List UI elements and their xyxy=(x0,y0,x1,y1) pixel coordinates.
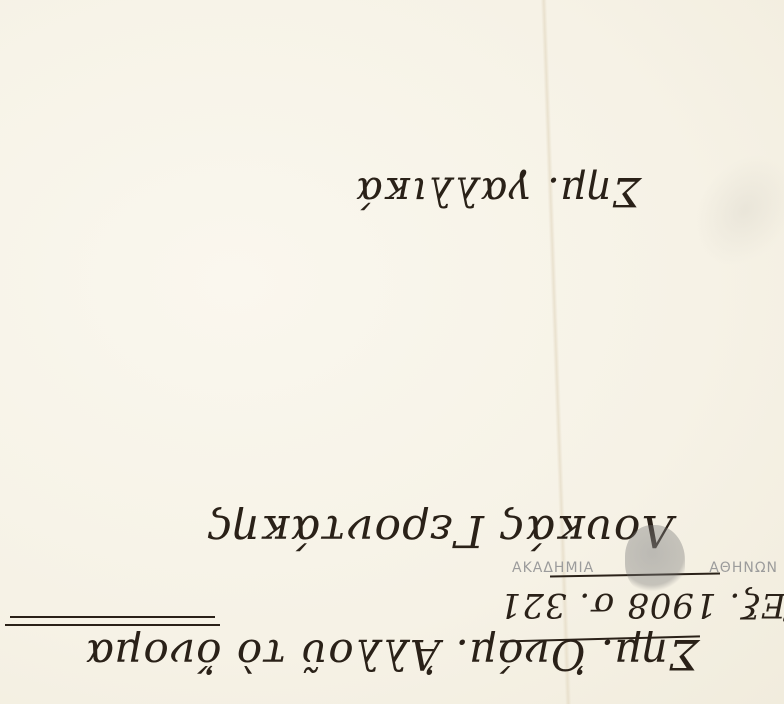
handwriting-line-top: Σημ. γαλλικά xyxy=(298,168,698,214)
watermark-right-text: ΑΘΗΝΩΝ xyxy=(709,560,778,576)
watermark-left-text: ΑΚΑΔΗΜΙΑ xyxy=(512,560,594,576)
double-rule-top xyxy=(10,616,215,618)
watermark: ΑΚΑΔΗΜΙΑ ΑΘΗΝΩΝ xyxy=(510,548,780,588)
double-rule-bottom xyxy=(5,624,220,626)
